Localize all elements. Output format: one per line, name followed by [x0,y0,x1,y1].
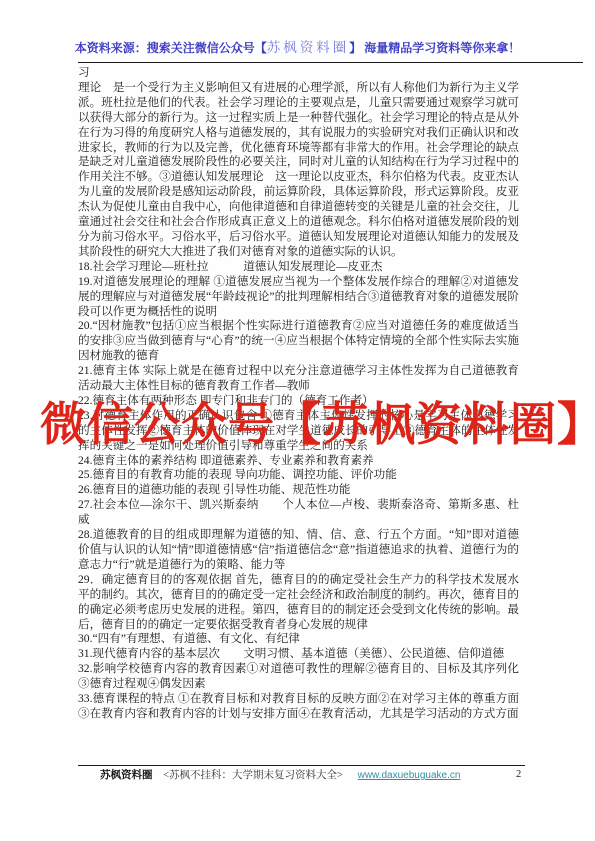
paragraph-item-32: 32.影响学校德育内容的教育因素①对道德可教性的理解②德育目的、目标及其序列化③… [78,662,519,692]
footer-tagline: <苏枫不挂科：大学期末复习资料大全> [163,770,343,781]
paragraph-item-28: 28.道德教育的目的组成即理解为道德的知、情、信、意、行五个方面。“知”即对道德… [78,528,519,573]
paragraph-item-26: 26.德育目的道德功能的表现 引导性功能、规范性功能 [78,483,519,498]
paragraph-item-18: 18.社会学习理论—班杜拉 道德认知发展理论—皮亚杰 [78,260,519,275]
paragraph-item-29: 29．确定德育目的的客观依据 首先，德育目的的确定受社会生产力的科学技术发展水平… [78,573,519,633]
paragraph-item-33: 33.德育课程的特点 ①在教育目标和对教育目标的反映方面②在对学习主体的尊重方面… [78,692,519,722]
document-page: 本资料来源：搜索关注微信公众号【苏枫资料圈】 海量精品学习资料等你来拿！ 习 理… [0,0,595,841]
footer-url-link[interactable]: www.daxuebuguake.cn [358,770,461,781]
page-number: 2 [516,769,521,780]
paragraph-item-20: 20.“因材施教”包括①应当根据个性实际进行道德教育②应当对道德任务的难度做适当… [78,319,519,364]
paragraph-continuation: 习 [78,66,519,81]
paragraph-item-31: 31.现代德育内容的基本层次 文明习惯、基本道德（美德）、公民道德、信仰道德 [78,647,519,662]
paragraph-item-27: 27.社会本位—涂尔干、凯兴斯泰纳 个人本位—卢梭、裴斯泰洛奇、第斯多惠、杜威 [78,498,519,528]
red-watermark: 微信公众号【苏枫资料圈】 [40,399,595,451]
footer-rule [78,765,525,766]
banner-suffix-text: 】 海量精品学习资料等你来拿！ [349,41,520,55]
paragraph-item-19: 19.对道德发展理论的理解 ①道德发展应当视为一个整体发展作综合的理解②对道德发… [78,275,519,320]
header-banner: 本资料来源：搜索关注微信公众号【苏枫资料圈】 海量精品学习资料等你来拿！ [0,39,595,57]
footer-brand: 苏枫资料圈 [100,770,153,781]
paragraph-theory: 理论 是一个受行为主义影响但又有进展的心理学派，所以有人称他们为新行为主义学派。… [78,81,519,260]
footer: 苏枫资料圈 <苏枫不挂科：大学期末复习资料大全> www.daxuebuguak… [100,769,460,782]
paragraph-item-24: 24.德育主体的素养结构 即道德素养、专业素养和教育素养 [78,454,519,469]
paragraph-item-21: 21.德育主体 实际上就是在德育过程中以充分注意道德学习主体性发挥为自己道德教育… [78,364,519,394]
paragraph-item-30: 30.“四有”有理想、有道德、有文化、有纪律 [78,632,519,647]
body-text: 习 理论 是一个受行为主义影响但又有进展的心理学派，所以有人称他们为新行为主义学… [78,66,519,722]
paragraph-item-25: 25.德育目的有教育功能的表现 导向功能、调控功能、评价功能 [78,468,519,483]
banner-prefix-text: 本资料来源：搜索关注微信公众号【 [75,41,267,55]
banner-brand-text: 苏枫资料圈 [267,40,350,55]
header-rule [78,62,583,63]
